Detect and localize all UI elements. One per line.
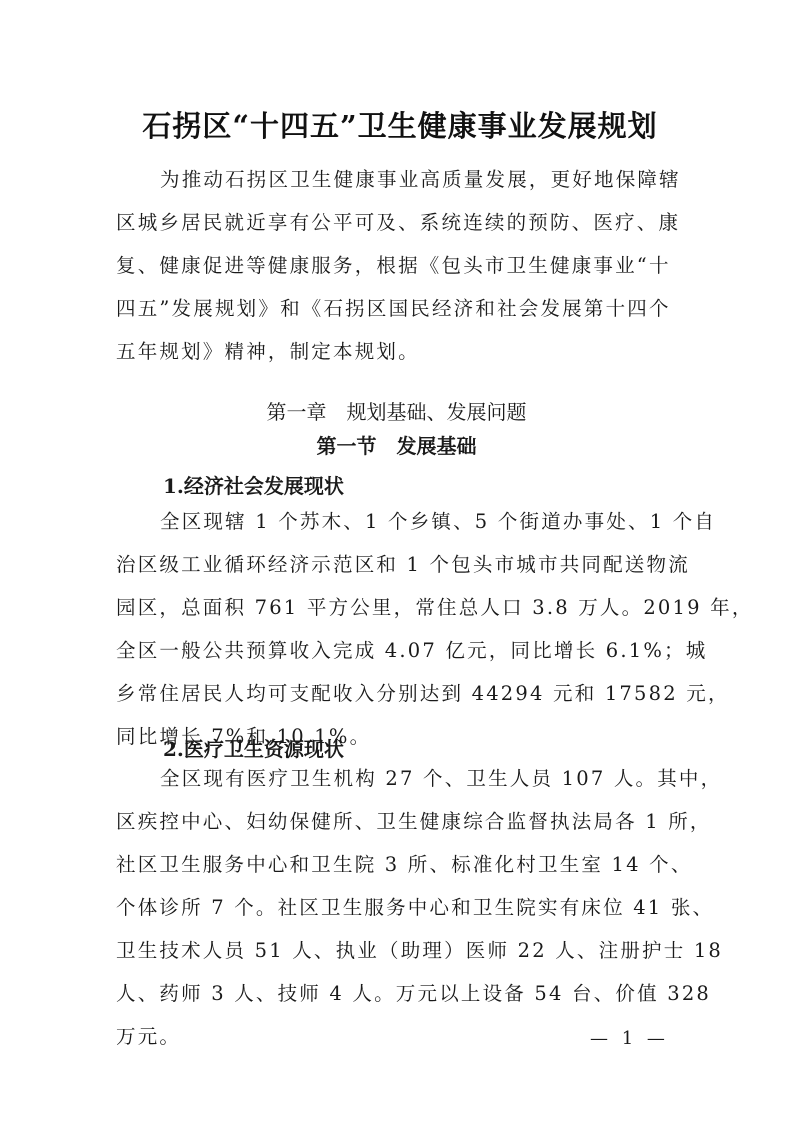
- body-line: 园区，总面积 761 平方公里，常住总人口 3.8 万人。2019 年，: [116, 593, 676, 623]
- document-title: 石拐区“十四五”卫生健康事业发展规划: [100, 104, 700, 145]
- body-line: 区疾控中心、妇幼保健所、卫生健康综合监督执法局各 1 所，: [116, 807, 676, 837]
- body-line: 治区级工业循环经济示范区和 1 个包头市城市共同配送物流: [116, 550, 676, 580]
- body-line: 个体诊所 7 个。社区卫生服务中心和卫生院实有床位 41 张、: [116, 893, 676, 923]
- intro-line: 四五”发展规划》和《石拐区国民经济和社会发展第十四个: [116, 294, 676, 324]
- subsection-heading: 1.经济社会发展现状: [163, 470, 344, 499]
- document-page: 石拐区“十四五”卫生健康事业发展规划 为推动石拐区卫生健康事业高质量发展，更好地…: [0, 0, 793, 1122]
- intro-line: 五年规划》精神，制定本规划。: [116, 337, 676, 367]
- chapter-title: 第一章 规划基础、发展问题: [0, 396, 793, 425]
- body-line: 全区现辖 1 个苏木、1 个乡镇、5 个街道办事处、1 个自: [160, 507, 676, 537]
- intro-line: 区城乡居民就近享有公平可及、系统连续的预防、医疗、康: [116, 208, 676, 238]
- body-line: 乡常住居民人均可支配收入分别达到 44294 元和 17582 元，: [116, 679, 676, 709]
- body-line: 人、药师 3 人、技师 4 人。万元以上设备 54 台、价值 328: [116, 979, 676, 1009]
- body-line: 社区卫生服务中心和卫生院 3 所、标准化村卫生室 14 个、: [116, 850, 676, 880]
- section-title: 第一节 发展基础: [0, 430, 793, 459]
- body-line: 全区一般公共预算收入完成 4.07 亿元，同比增长 6.1%；城: [116, 636, 676, 666]
- subsection-heading: 2.医疗卫生资源现状: [163, 733, 344, 762]
- body-line: 卫生技术人员 51 人、执业（助理）医师 22 人、注册护士 18: [116, 936, 676, 966]
- page-number: — 1 —: [590, 1028, 669, 1049]
- body-line: 全区现有医疗卫生机构 27 个、卫生人员 107 人。其中，: [160, 764, 676, 794]
- intro-line: 为推动石拐区卫生健康事业高质量发展，更好地保障辖: [160, 165, 676, 195]
- intro-line: 复、健康促进等健康服务，根据《包头市卫生健康事业“十: [116, 251, 676, 281]
